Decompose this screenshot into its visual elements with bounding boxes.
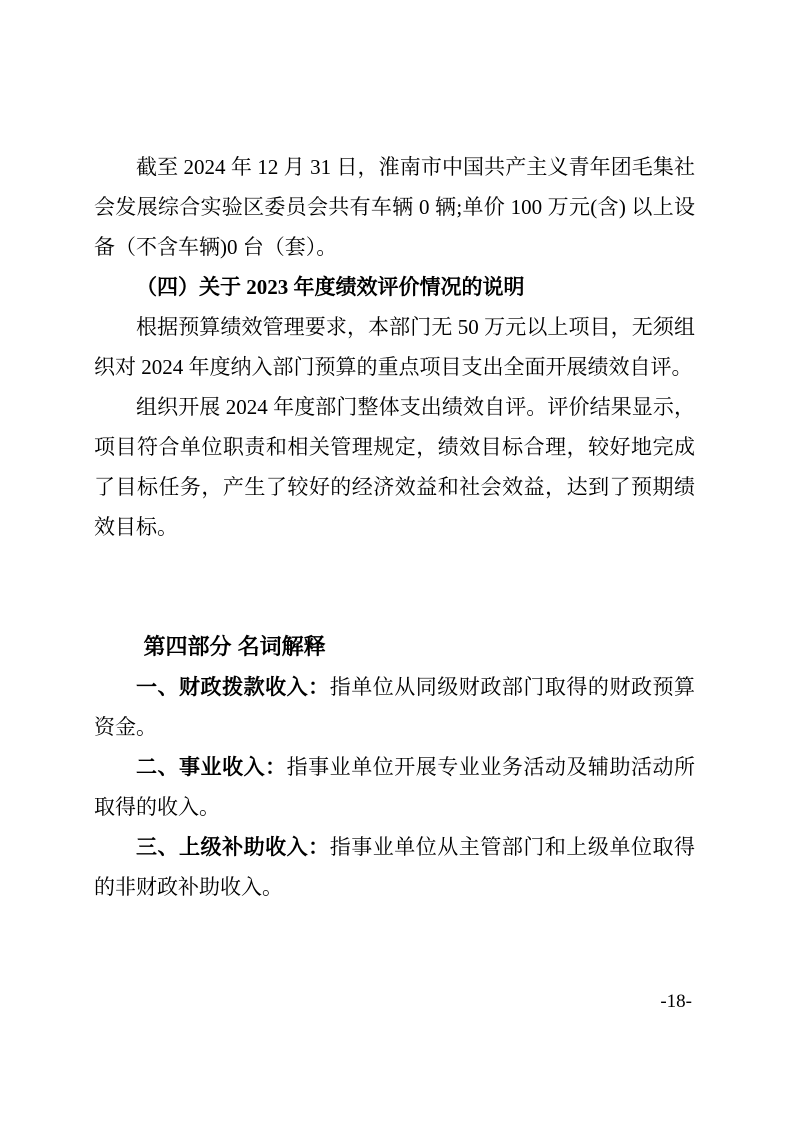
document-body: 截至 2024 年 12 月 31 日，淮南市中国共产主义青年团毛集社会发展综合…: [94, 147, 695, 907]
term-definition-superior-subsidy: 三、上级补助收入：指事业单位从主管部门和上级单位取得的非财政补助收入。: [94, 827, 695, 907]
paragraph-no-projects-self-eval: 根据预算绩效管理要求，本部门无 50 万元以上项目，无须组织对 2024 年度纳…: [94, 307, 695, 387]
term-definition-fiscal-appropriation: 一、财政拨款收入：指单位从同级财政部门取得的财政预算资金。: [94, 667, 695, 747]
document-page: 截至 2024 年 12 月 31 日，淮南市中国共产主义青年团毛集社会发展综合…: [0, 0, 793, 1122]
page-number: -18-: [660, 992, 692, 1012]
paragraph-overall-expenditure-eval: 组织开展 2024 年度部门整体支出绩效自评。评价结果显示，项目符合单位职责和相…: [94, 387, 695, 547]
term-lead-fiscal-appropriation: 一、财政拨款收入：: [136, 675, 330, 699]
term-lead-business-income: 二、事业收入：: [136, 755, 287, 779]
paragraph-vehicles-equipment: 截至 2024 年 12 月 31 日，淮南市中国共产主义青年团毛集社会发展综合…: [94, 147, 695, 267]
part-four-terms-heading: 第四部分 名词解释: [94, 627, 695, 667]
term-definition-business-income: 二、事业收入：指事业单位开展专业业务活动及辅助活动所取得的收入。: [94, 747, 695, 827]
heading-section-four-performance: （四）关于 2023 年度绩效评价情况的说明: [94, 267, 695, 307]
term-lead-superior-subsidy: 三、上级补助收入：: [136, 835, 330, 859]
